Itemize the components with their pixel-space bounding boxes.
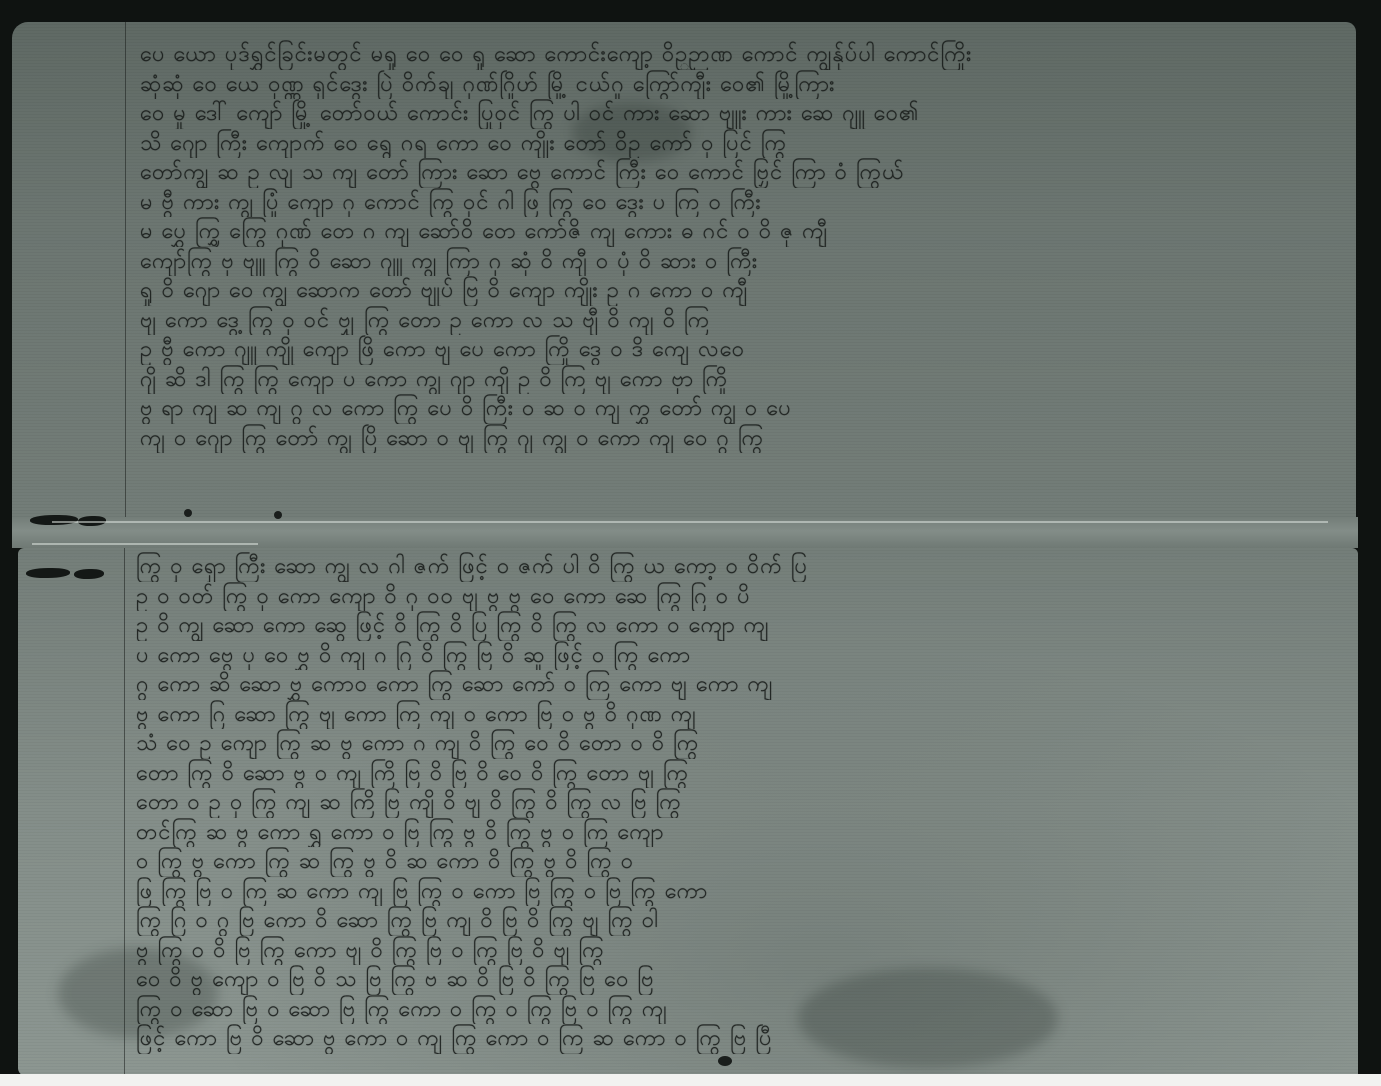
text-line: ဝေ ဝိ ဗွ ကျော ဝ ဗြ ဝိ သ ဗြ ကြွ ဗ ဆ ဝိ ဗြ… <box>136 965 1332 995</box>
text-line: ဗျ ကော ဒွေ့ ကြွ ဝှ ဝင် ဗျှ ကြွ တော ဥ ကော… <box>140 306 1334 336</box>
text-line: ကျော်ကြွ ဗှ ဗျူ ကြွ ဝိ ဆော ဂျူ ကျွ ကြာ ဂ… <box>140 247 1334 277</box>
text-line: သံ ဝေ ဥ ကျော ကြွ ဆ ဗွ ကော ဂ ကျ ဝိ ကြွ ဝေ… <box>136 729 1332 759</box>
binding-hole <box>26 568 70 578</box>
binding-hole <box>30 515 78 525</box>
ink-speck <box>274 511 282 519</box>
fold-crease <box>52 521 1328 523</box>
text-line: ဥ ဗွီ ကော ဂျူ ကျို ကျော ဖြိ ကော ဗျ ပေ ကေ… <box>140 335 1334 365</box>
ink-speck <box>184 509 192 517</box>
text-line: မ ပွှေ ကြွှ ကြွေ ဂုဏ် ဝော ဂ ကျ ဆော်ဝိ ဝေ… <box>140 217 1334 247</box>
lower-leaf-text: ကြွ ဝှ ရှော ကြီး ဆော ကျွ လ ဂါ ဇက် ဖြင့် … <box>136 552 1332 1054</box>
text-line: ကျ ဝ ဂျော ကြွ တော် ကျွ ပြိ ဆော ဝ ဗျ ကြွ … <box>140 424 1334 454</box>
ink-speck <box>718 1056 732 1066</box>
paper-stain <box>58 948 218 1038</box>
text-line: ကြွ ဝှ ရှော ကြီး ဆော ကျွ လ ဂါ ဇက် ဖြင့် … <box>136 552 1332 582</box>
text-line: တော ဝ ဥ ဝှ ကြွ ကျ ဆ ကြိ ဗြ ကျိ ဝိ ဗျ ဝိ … <box>136 788 1332 818</box>
left-margin-rule <box>125 22 126 517</box>
text-line: တော ကြွ ဝိ ဆော ဗွ ဝ ကျ ကြိ ဗြ ဝိ ဗြ ဝိ ဝ… <box>136 759 1332 789</box>
text-line: ပေ ယော ပုဒ်ရွှင်ခြင်းမတွင် မရှု ဝေ ဝေ ရှ… <box>140 40 1334 70</box>
text-line: ဗွ ရာ ကျ ဆ ကျ ဂွ လ ကော ကြွ ပေ ဝိ ကြီး ဝ … <box>140 394 1334 424</box>
text-line: ရှု ဝိ ဂျော ဝေ ကျွ ဆောက တော် ဗျုပ် ဗြ ဝိ… <box>140 276 1334 306</box>
text-line: တင်ကြွ ဆ ဗွ ကော ရွှ ကော ဝ ဗြ ကြွ ဗွ ဝိ က… <box>136 818 1332 848</box>
text-line: ဝေ မှု ဒေါ် ကျော် မြို့ တော်ဝယ် ကောင်း ပ… <box>140 99 1334 129</box>
upper-leaf-text: ပေ ယော ပုဒ်ရွှင်ခြင်းမတွင် မရှု ဝေ ဝေ ရှ… <box>140 40 1334 453</box>
text-line: ဗွ ကြွ ဝ ဝိ ဗြ ကြွ ကော ဗျ ဝိ ကြွ ဗြ ဝ ကြ… <box>136 936 1332 966</box>
text-line: ကြွ ဂြ ဝ ဂွ ဗြ ကော ဝိ ဆော ကြွ ဗြ ကျ ဝိ ဗ… <box>136 906 1332 936</box>
binding-hole <box>74 569 104 579</box>
manuscript-upper-leaf: ပေ ယော ပုဒ်ရွှင်ခြင်းမတွင် မရှု ဝေ ဝေ ရှ… <box>12 22 1356 517</box>
text-line: ဥ ဝိ ကျွ ဆော ကော ဆွေ ဖြင့် ဝိ ကြွ ဝိ ပြ … <box>136 611 1332 641</box>
text-line: သိ ဂျော ကြီး ကျောက် ဝေ ရွေ ဂရ ကော ဝေ ကျိ… <box>140 129 1334 159</box>
fold-crease <box>32 543 258 545</box>
text-line: ဗွ ကော ဂြ ဆော ကြွ ဗျ ကော ကြ ကျ ဝ ကော ဗြ … <box>136 700 1332 730</box>
text-line: ဂွ ကော ဆိ ဆော ဗွှ ကောဝ ကော ကြွ ဆော ကော် … <box>136 670 1332 700</box>
text-line: ဆုံဆုံ ဝေ ယေ ဝုဏ္ဏ ရှင်ဒွေး ပြဲ ဝိက်ချ ဂ… <box>140 70 1334 100</box>
text-line: ဖြင့် ကော ဗြ ဝိ ဆော ဗွ ကော ဝ ကျ ကြွ ကော … <box>136 1024 1332 1054</box>
paper-stain <box>572 102 692 162</box>
text-line: တော်ကျွ ဆ ဥ လျ သ ကျ တော် ကြား ဆော ဗွေ ကေ… <box>140 158 1334 188</box>
paper-stain <box>798 968 1058 1068</box>
photo-bottom-border <box>0 1074 1381 1086</box>
text-line: ကြွ ဝ ဆော ဗြ ဝ ဆော ဗြ ကြွ ကော ဝ ကြွ ဝ ကြ… <box>136 995 1332 1025</box>
manuscript-lower-leaf: ကြွ ဝှ ရှော ကြီး ဆော ကျွ လ ဂါ ဇက် ဖြင့် … <box>18 548 1358 1076</box>
text-line: ဝ ကြွ ဗွ ကော ကြွ ဆ ကြွ ဗွ ဝိ ဆ ကော ဝိ ကြ… <box>136 847 1332 877</box>
text-line: မ ဗွီ ကား ကျွ ပြုံ ကျော ဂု ကောင် ကြွ ဝှင… <box>140 188 1334 218</box>
text-line: ဥ ဝ ဝတ် ကြွ ဝှ ကော ကျော ဝိ ဂု ဝဝ ဗျ ဗွ ဗ… <box>136 582 1332 612</box>
text-line: ပ ကော ဗွေ ပု ဝေ ဗွှ ဝိ ကျ ဂ ဂြ ဝိ ကြွ ဗြ… <box>136 641 1332 671</box>
text-line: ဖြ ကြွ ဗြ ဝ ကြ ဆ ကော ကျ ဗြ ကြွ ဝ ကော ဗြ … <box>136 877 1332 907</box>
text-line: ဂျိ ဆိ ဒါ ကြွ ကြွ ကျော ပ ကော ကျွ ဂျာ ကျိ… <box>140 365 1334 395</box>
leaf-fold <box>12 517 1358 548</box>
